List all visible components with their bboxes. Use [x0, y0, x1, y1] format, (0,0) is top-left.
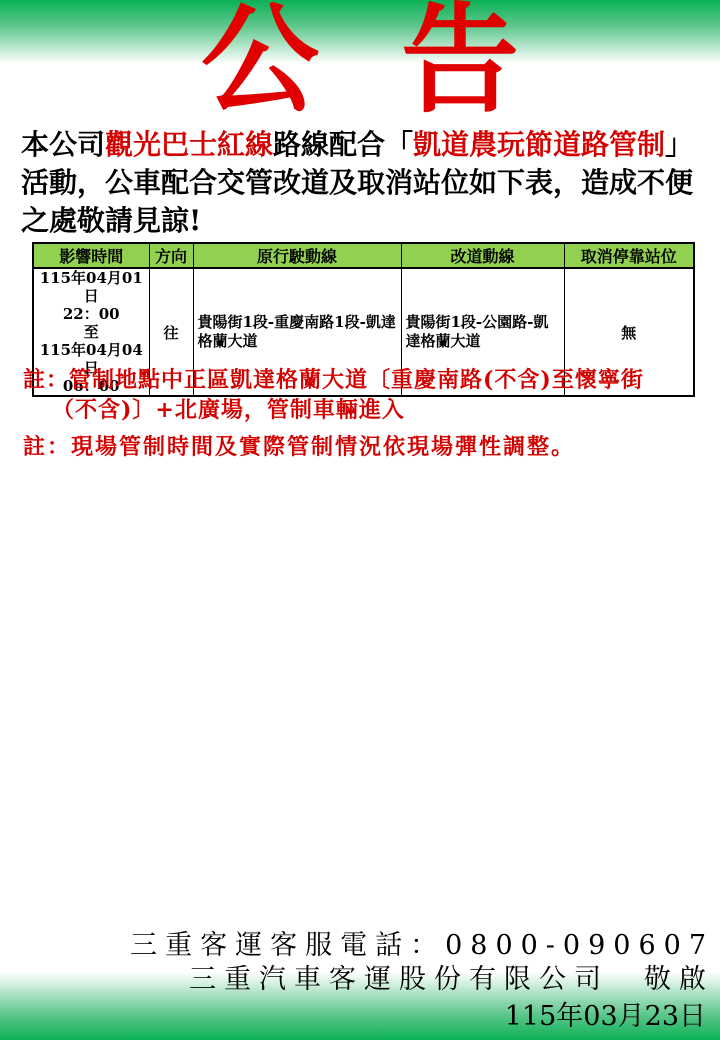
col-header-cancelled-stops: 取消停靠站位 [564, 243, 694, 268]
title-char-1: 公 [201, 0, 319, 136]
note-1: 註：管制地點中正區凱達格蘭大道〔重慶南路(不含)至懷寧街 （不含)〕+北廣場，管… [23, 365, 710, 425]
intro-seg-1: 本公司 [21, 128, 105, 161]
note-1-line-2: （不含)〕+北廣場，管制車輛進入 [52, 395, 710, 425]
title-char-2: 告 [401, 0, 519, 136]
footer: 三重客運客服電話：0800-090607 三重汽車客運股份有限公司 敬啟 115… [0, 929, 706, 1035]
note-2: 註：現場管制時間及實際管制情況依現場彈性調整。 [23, 432, 710, 462]
intro-text: 本公司觀光巴士紅線路線配合「凱道農玩節道路管制」 活動，公車配合交管改道及取消站… [21, 126, 710, 240]
footer-date: 115年03月23日 [0, 999, 706, 1035]
footer-phone-line: 三重客運客服電話：0800-090607 [0, 929, 714, 963]
intro-route-name: 觀光巴士紅線 [105, 128, 273, 161]
intro-line-1: 本公司觀光巴士紅線路線配合「凱道農玩節道路管制」 [21, 126, 710, 164]
note-2-line-1: 註：現場管制時間及實際管制情況依現場彈性調整。 [23, 432, 710, 462]
col-header-detour-route: 改道動線 [401, 243, 564, 268]
intro-seg-5: 」 [665, 128, 693, 161]
footer-company-line: 三重汽車客運股份有限公司 敬啟 [0, 963, 714, 997]
intro-line-2: 活動，公車配合交管改道及取消站位如下表，造成不便 [21, 164, 710, 202]
note-1-line-1: 註：管制地點中正區凱達格蘭大道〔重慶南路(不含)至懷寧街 [23, 365, 710, 395]
announcement-page: 公 告 本公司觀光巴士紅線路線配合「凱道農玩節道路管制」 活動，公車配合交管改道… [0, 0, 720, 1040]
time-start-hour: 22：00 [34, 305, 149, 323]
col-header-affected-time: 影響時間 [33, 243, 149, 268]
col-header-direction: 方向 [149, 243, 193, 268]
table-header-row: 影響時間 方向 原行駛動線 改道動線 取消停靠站位 [33, 243, 694, 268]
notes: 註：管制地點中正區凱達格蘭大道〔重慶南路(不含)至懷寧街 （不含)〕+北廣場，管… [23, 365, 710, 462]
intro-event-name: 凱道農玩節道路管制 [413, 128, 665, 161]
col-header-original-route: 原行駛動線 [193, 243, 401, 268]
time-start-date: 115年04月01日 [34, 269, 149, 305]
page-title: 公 告 [0, 0, 720, 136]
intro-seg-3: 路線配合「 [273, 128, 413, 161]
intro-line-3: 之處敬請見諒! [21, 202, 710, 240]
time-to-label: 至 [34, 323, 149, 341]
